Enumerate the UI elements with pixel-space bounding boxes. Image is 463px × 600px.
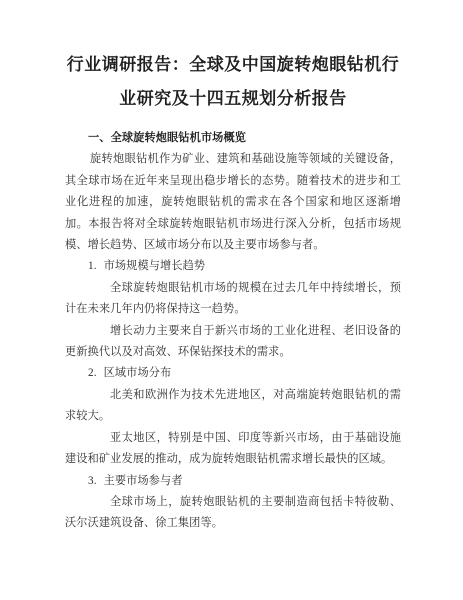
- report-page: 行业调研报告：全球及中国旋转炮眼钻机行业研究及十四五规划分析报告 一、全球旋转炮…: [0, 0, 463, 600]
- item-heading: 主要市场参与者: [104, 475, 183, 487]
- item-3-paragraph-1: 全球市场上，旋转炮眼钻机的主要制造商包括卡特彼勒、沃尔沃建筑设备、徐工集团等。: [65, 492, 401, 535]
- item-2-paragraph-2: 亚太地区，特别是中国、印度等新兴市场，由于基础设施建设和矿业发展的推动，成为旋转…: [65, 428, 401, 471]
- item-heading: 市场规模与增长趋势: [104, 260, 206, 272]
- report-body: 一、全球旋转炮眼钻机市场概览 旋转炮眼钻机作为矿业、建筑和基础设施等领域的关键设…: [65, 128, 401, 535]
- item-2-paragraph-1: 北美和欧洲作为技术先进地区，对高端旋转炮眼钻机的需求较大。: [65, 385, 401, 428]
- report-title: 行业调研报告：全球及中国旋转炮眼钻机行业研究及十四五规划分析报告: [65, 48, 401, 116]
- item-heading: 区域市场分布: [104, 367, 172, 379]
- item-1-paragraph-2: 增长动力主要来自于新兴市场的工业化进程、老旧设备的更新换代以及对高效、环保钻探技…: [65, 321, 401, 364]
- item-number: 2.: [88, 367, 97, 379]
- item-number: 3.: [88, 475, 97, 487]
- item-1-paragraph-1: 全球旋转炮眼钻机市场的规模在过去几年中持续增长，预计在未来几年内仍将保持这一趋势…: [65, 278, 401, 321]
- intro-paragraph: 旋转炮眼钻机作为矿业、建筑和基础设施等领域的关键设备，其全球市场在近年来呈现出稳…: [65, 149, 401, 256]
- numbered-item-1: 1.市场规模与增长趋势: [65, 256, 401, 277]
- numbered-item-3: 3.主要市场参与者: [65, 471, 401, 492]
- item-number: 1.: [88, 260, 97, 272]
- section-heading: 一、全球旋转炮眼钻机市场概览: [65, 128, 401, 149]
- numbered-item-2: 2.区域市场分布: [65, 363, 401, 384]
